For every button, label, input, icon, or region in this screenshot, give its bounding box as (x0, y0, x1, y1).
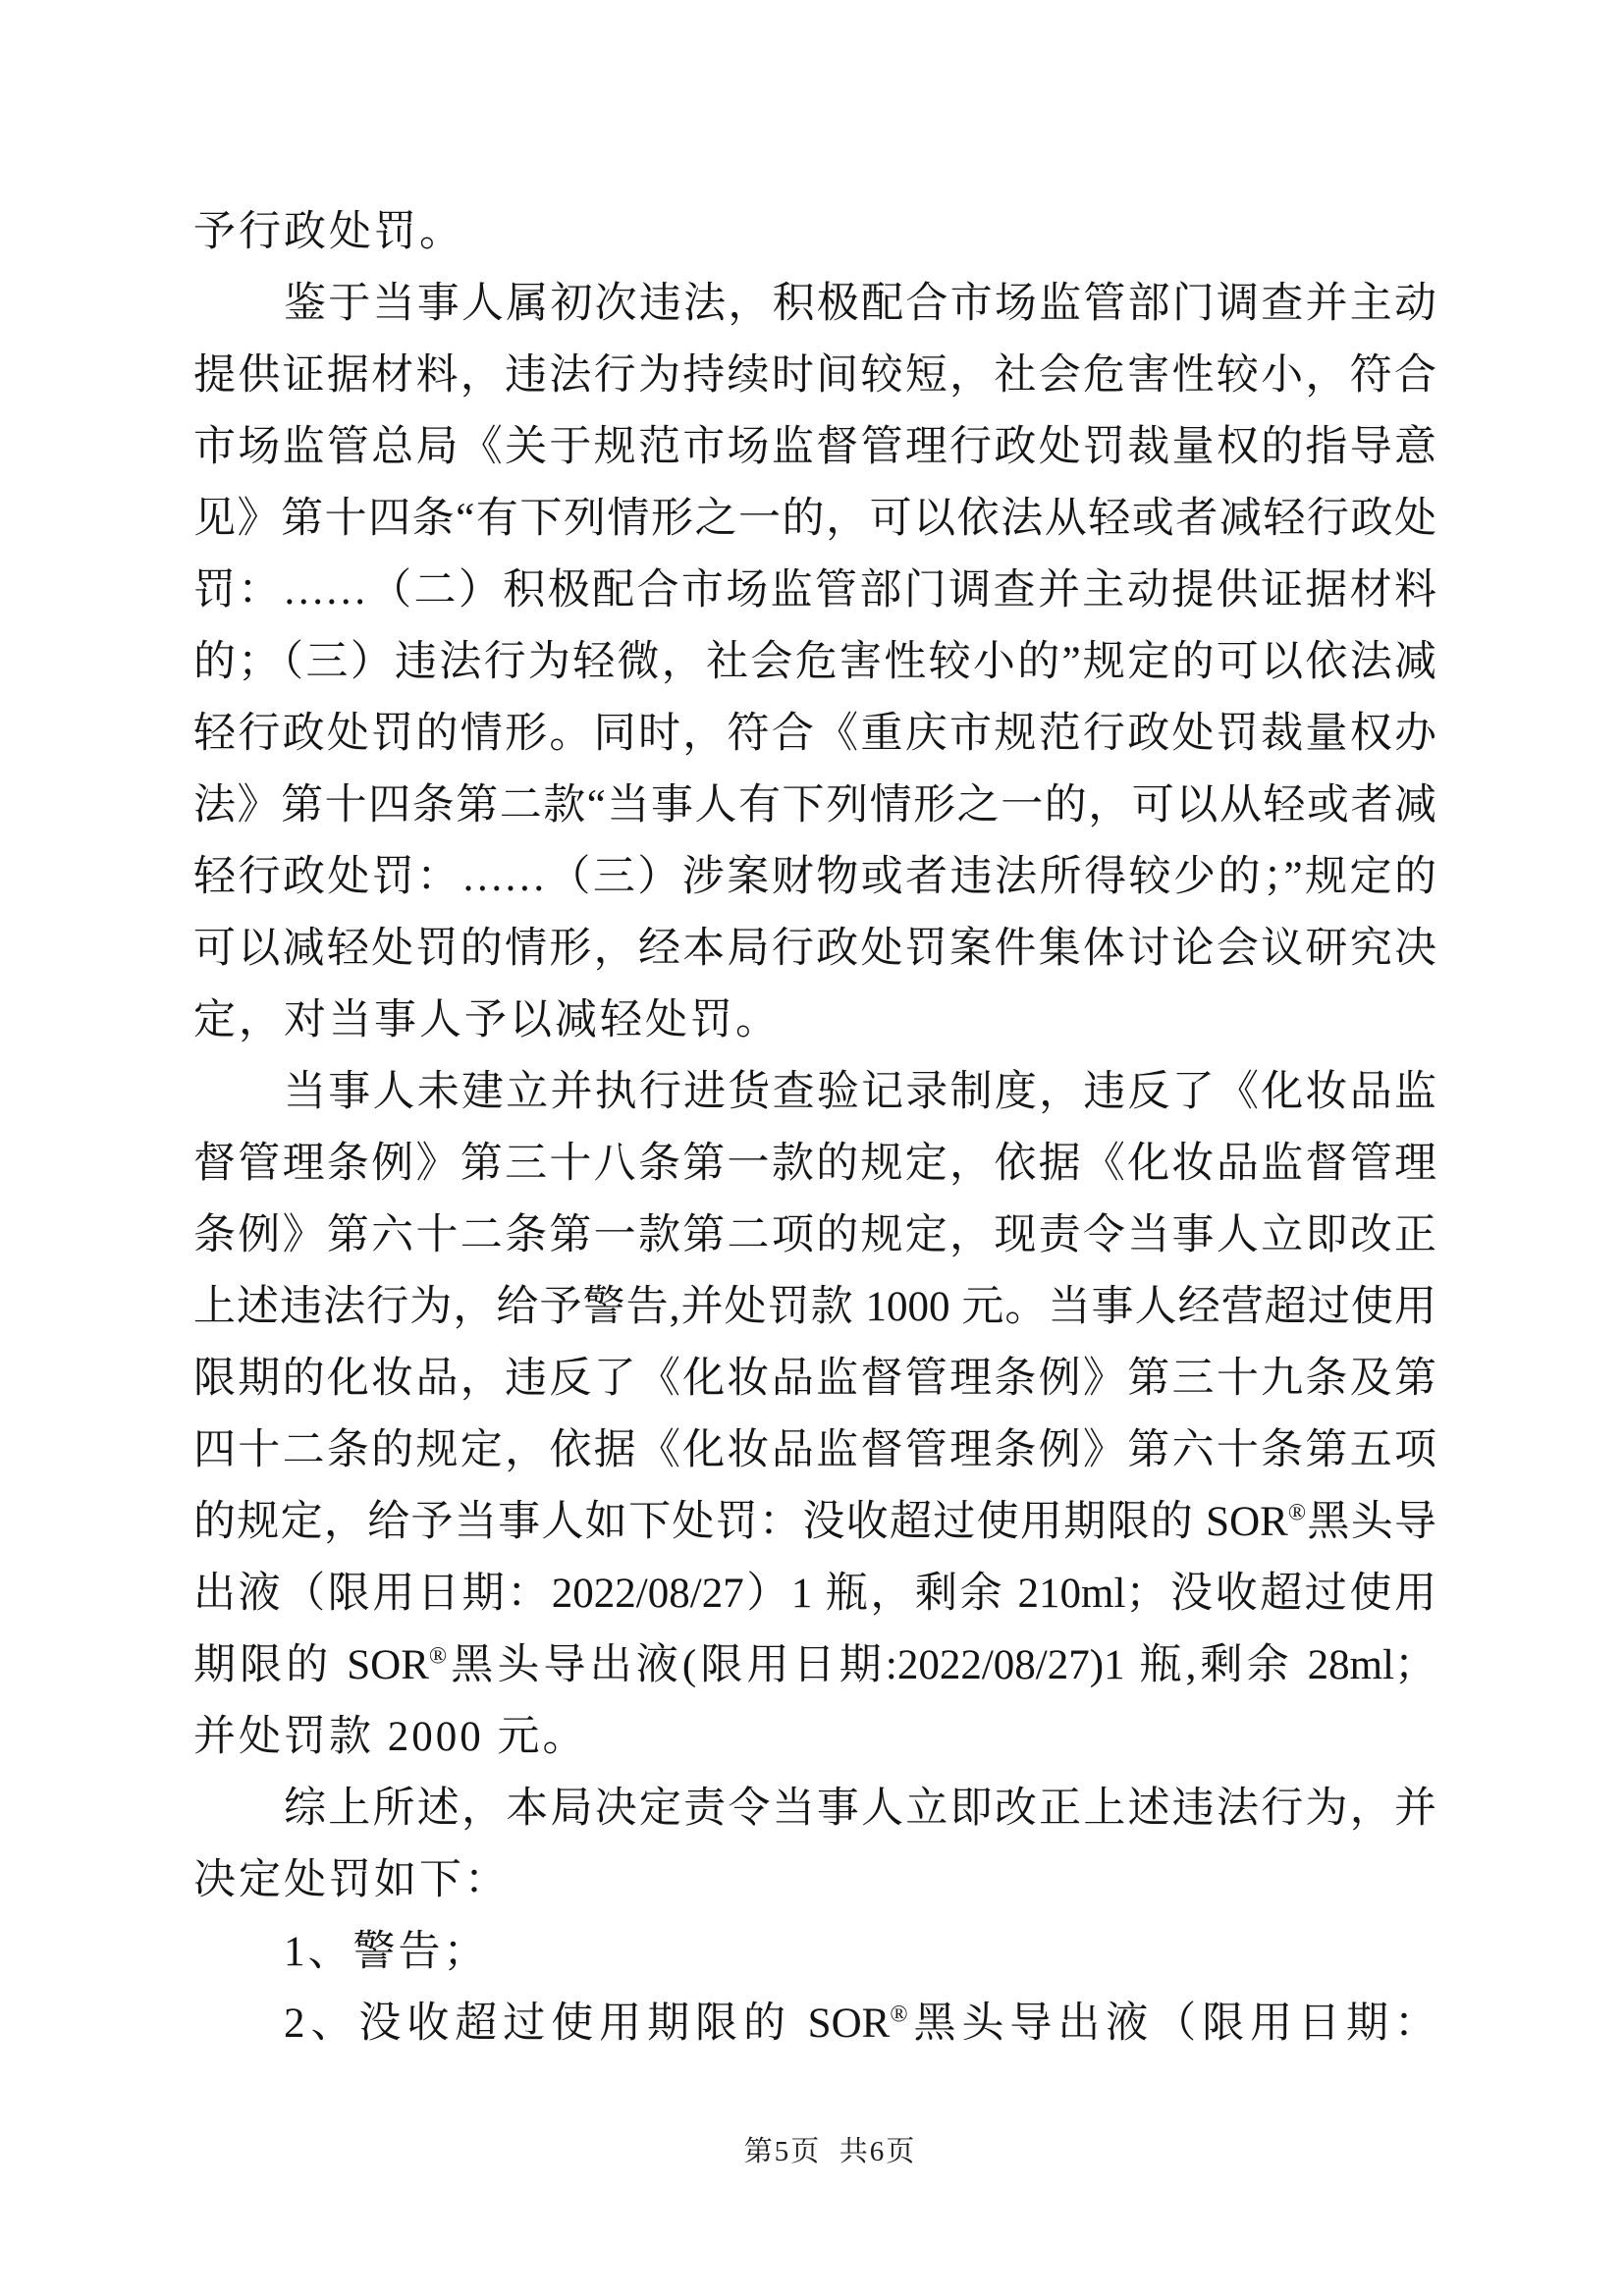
text-line-19: 的规定，给予当事人如下处罚：没收超过使用期限的 SOR®黑头导 (193, 1486, 1436, 1558)
text-line-26: 2、没收超过使用期限的 SOR®黑头导出液（限用日期： (193, 1988, 1436, 2059)
text-line-2: 鉴于当事人属初次违法，积极配合市场监管部门调查并主动 (193, 268, 1436, 340)
text-line-8: 轻行政处罚的情形。同时，符合《重庆市规范行政处罚裁量权办 (193, 698, 1436, 770)
text-line-7: 的；（三）违法行为轻微，社会危害性较小的”规定的可以依法减 (193, 626, 1436, 698)
text-line-13: 当事人未建立并执行进货查验记录制度，违反了《化妆品监 (193, 1056, 1436, 1128)
text-line-4: 市场监管总局《关于规范市场监督管理行政处罚裁量权的指导意 (193, 411, 1436, 483)
text-line-24: 决定处罚如下： (193, 1844, 1436, 1916)
text-line-21: 期限的 SOR®黑头导出液(限用日期:2022/08/27)1 瓶,剩余 28m… (193, 1629, 1436, 1701)
text-line-5: 见》第十四条“有下列情形之一的，可以依法从轻或者减轻行政处 (193, 483, 1436, 555)
text-line-12: 定，对当事人予以减轻处罚。 (193, 985, 1436, 1056)
penalty-decision-document-page: 予行政处罚。 鉴于当事人属初次违法，积极配合市场监管部门调查并主动 提供证据材料… (0, 0, 1624, 2296)
text-line-3: 提供证据材料，违法行为持续时间较短，社会危害性较小，符合 (193, 340, 1436, 411)
text-line-10: 轻行政处罚：……（三）涉案财物或者违法所得较少的；”规定的 (193, 841, 1436, 913)
text-line-6: 罚：……（二）积极配合市场监管部门调查并主动提供证据材料 (193, 555, 1436, 626)
document-body: 予行政处罚。 鉴于当事人属初次违法，积极配合市场监管部门调查并主动 提供证据材料… (193, 196, 1436, 2059)
text-line-22: 并处罚款 2000 元。 (193, 1701, 1436, 1773)
page-number-label: 第5页 共6页 (744, 2136, 917, 2167)
text-line-1: 予行政处罚。 (193, 196, 1436, 268)
text-line-16: 上述违法行为，给予警告,并处罚款 1000 元。当事人经营超过使用 (193, 1271, 1436, 1343)
text-line-11: 可以减轻处罚的情形，经本局行政处罚案件集体讨论会议研究决 (193, 913, 1436, 985)
text-line-15: 条例》第六十二条第一款第二项的规定，现责令当事人立即改正 (193, 1200, 1436, 1271)
page-footer: 第5页 共6页 (0, 2097, 1624, 2202)
text-line-20: 出液（限用日期：2022/08/27）1 瓶，剩余 210ml；没收超过使用 (193, 1558, 1436, 1629)
text-line-9: 法》第十四条第二款“当事人有下列情形之一的，可以从轻或者减 (193, 770, 1436, 841)
text-line-23: 综上所述，本局决定责令当事人立即改正上述违法行为，并 (193, 1773, 1436, 1844)
text-line-17: 限期的化妆品，违反了《化妆品监督管理条例》第三十九条及第 (193, 1343, 1436, 1415)
text-line-14: 督管理条例》第三十八条第一款的规定，依据《化妆品监督管理 (193, 1128, 1436, 1200)
text-line-25: 1、警告； (193, 1916, 1436, 1988)
text-line-18: 四十二条的规定，依据《化妆品监督管理条例》第六十条第五项 (193, 1415, 1436, 1486)
